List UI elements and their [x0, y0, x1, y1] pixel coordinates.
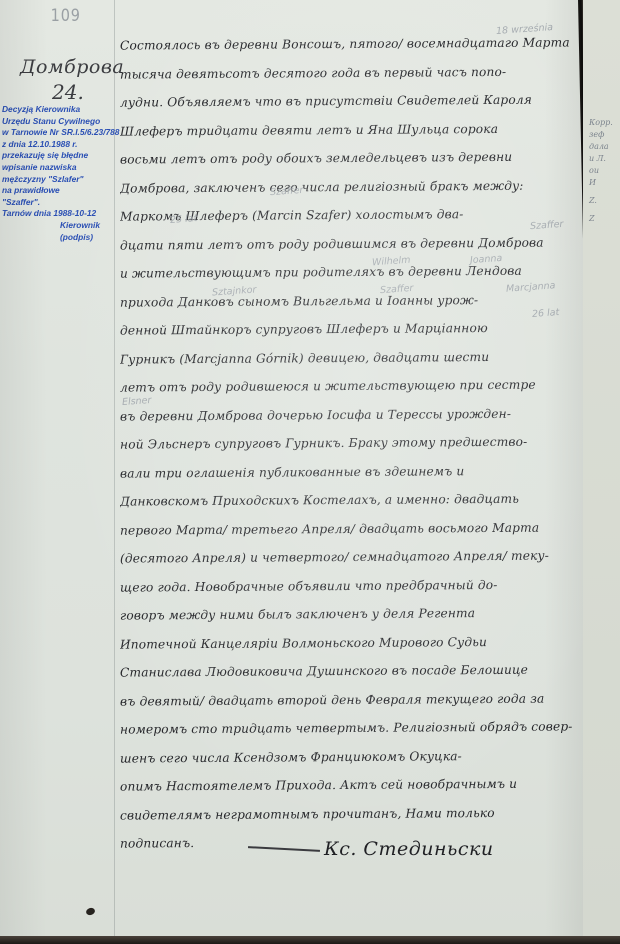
blue-note-line: Decyzją Kierownika — [2, 104, 120, 116]
text-line: шенъ сего числа Ксендзомъ Франциюкомъ Ок… — [120, 741, 572, 773]
pencil-annotation: Szaffer — [530, 219, 564, 232]
folio-number: 109 — [51, 6, 81, 26]
ink-blot — [85, 907, 96, 917]
adjacent-page-fragment: и Л. — [589, 154, 606, 163]
text-line: (десятого Апреля) и четвертого/ семнадца… — [120, 541, 572, 573]
text-line: и жительствующимъ при родителяхъ въ дере… — [120, 256, 572, 288]
blue-note-line: Kierownik — [2, 220, 120, 232]
priest-signature: Кс. Сmединьски — [324, 838, 494, 860]
text-line: первого Марта/ третьего Апреля/ двадцать… — [120, 513, 572, 545]
blue-note-line: mężczyzny "Szlafer" — [2, 174, 120, 186]
pencil-annotation: Elsner — [122, 395, 152, 408]
blue-note-line: w Tarnowie Nr SR.I.5/6.23/788 — [2, 127, 120, 139]
blue-note-line: wpisanie nazwiska — [2, 162, 120, 174]
record-body-text: Состоялось въ деревни Вонсошъ, пятого/ в… — [120, 30, 572, 857]
blue-ink-correction-note: Decyzją Kierownika Urzędu Stanu Cywilneg… — [2, 104, 120, 243]
text-line: Домброва, заключенъ сего числа религіозн… — [120, 171, 572, 203]
text-line: восьми летъ отъ роду обоихъ земледельцев… — [120, 142, 572, 174]
adjacent-page-fragment: Корр. — [589, 118, 613, 127]
text-line: денной Штайнкоръ супруговъ Шлеферъ и Мар… — [120, 313, 572, 345]
adjacent-page-fragment: ои — [589, 166, 599, 175]
text-line: вали три оглашенія публикованные въ здеш… — [120, 456, 572, 488]
priest-signature-block: Кс. Сmединьски — [248, 838, 494, 860]
text-line: опимъ Настоятелемъ Прихода. Актъ сей нов… — [120, 769, 572, 801]
adjacent-page-fragment: Z — [589, 214, 595, 223]
text-line: ной Эльснеръ супруговъ Гурникъ. Браку эт… — [120, 427, 572, 459]
text-line: Шлеферъ тридцати девяти летъ и Яна Шульц… — [120, 114, 572, 146]
text-line: прихода Данковъ сыномъ Вильгельма и Іоан… — [120, 285, 572, 317]
text-line: Гурникъ (Marcjanna Górnik) девицею, двад… — [120, 342, 572, 374]
signature-dash — [248, 846, 320, 851]
record-number: 24. — [52, 80, 84, 104]
text-line: въ девятый/ двадцать второй день Февраля… — [120, 684, 572, 716]
pencil-annotation: 26 lat — [532, 307, 560, 320]
blue-note-line: przekazuję się błędne — [2, 150, 120, 162]
blue-note-line: "Szaffer". — [2, 197, 120, 209]
text-line: Ипотечной Канцеляріи Волмоньского Мирово… — [120, 627, 572, 659]
adjacent-page-fragment: дала — [589, 142, 609, 151]
pencil-annotation: Joanna — [470, 253, 503, 266]
text-line: номеромъ сто тридцать четвертымъ. Религі… — [120, 712, 572, 744]
text-line: тысяча девятьсотъ десятого года въ первы… — [120, 57, 572, 89]
text-line: лудни. Объявляемъ что въ присутствіи Сви… — [120, 85, 572, 117]
adjacent-page-fragment: зеф — [589, 130, 604, 139]
text-line: въ деревни Домброва дочерью Іосифа и Тер… — [120, 399, 572, 431]
text-line: дцати пяти летъ отъ роду родившимся въ д… — [120, 228, 572, 260]
text-line: щего года. Новобрачные объявили что пред… — [120, 570, 572, 602]
register-page: 109 Домброва 24. Decyzją Kierownika Urzę… — [0, 0, 592, 936]
text-line: Данковскомъ Приходскихъ Костелахъ, а име… — [120, 484, 572, 516]
blue-note-line: Tarnów dnia 1988-10-12 — [2, 208, 120, 220]
page-bottom-edge — [0, 936, 620, 944]
text-line: Станислава Людовиковича Душинского въ по… — [120, 655, 572, 687]
blue-note-line: Urzędu Stanu Cywilnego — [2, 116, 120, 128]
blue-note-line: na prawidłowe — [2, 185, 120, 197]
pencil-annotation: Szaffer — [380, 283, 414, 296]
pencil-annotation: 25 lat — [170, 213, 198, 226]
text-line: летъ отъ роду родившеюся и жительствующе… — [120, 370, 572, 402]
text-line: говоръ между ними былъ заключенъ у деля … — [120, 598, 572, 630]
adjacent-page-fragment: Z. — [589, 196, 597, 205]
adjacent-page: Корр. зеф дала и Л. ои И Z. Z — [583, 0, 620, 944]
pencil-annotation: Szaffer — [270, 185, 304, 198]
blue-note-line: z dnia 12.10.1988 r. — [2, 139, 120, 151]
blue-note-signature: (podpis) — [2, 232, 120, 244]
text-line: свидетелямъ неграмотнымъ прочитанъ, Нами… — [120, 798, 572, 830]
margin-place-name: Домброва — [20, 56, 124, 78]
adjacent-page-fragment: И — [589, 178, 596, 187]
